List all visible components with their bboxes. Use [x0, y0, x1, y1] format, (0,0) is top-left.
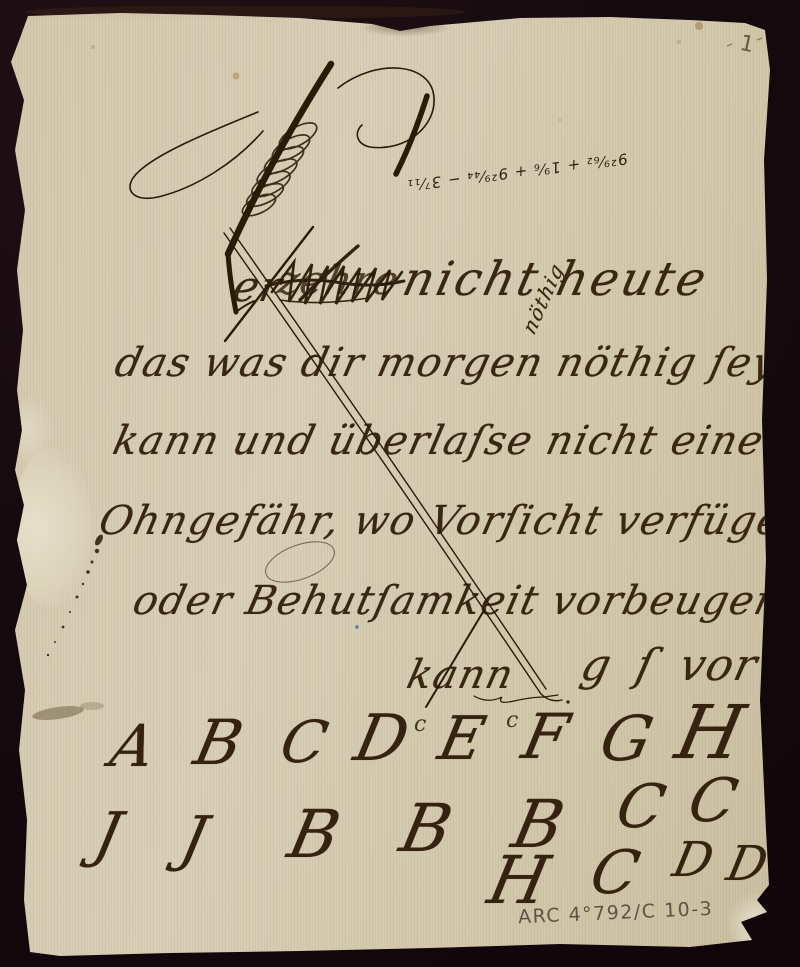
- paper-vignette: [0, 0, 800, 967]
- manuscript-page: 1 ARC 4°792/C 10-3 9²⁹⁄₆₂ + 1⁹⁄₆ + 9²⁹⁄₄…: [0, 0, 800, 967]
- scan-background: 1 ARC 4°792/C 10-3 9²⁹⁄₆₂ + 1⁹⁄₆ + 9²⁹⁄₄…: [0, 0, 800, 967]
